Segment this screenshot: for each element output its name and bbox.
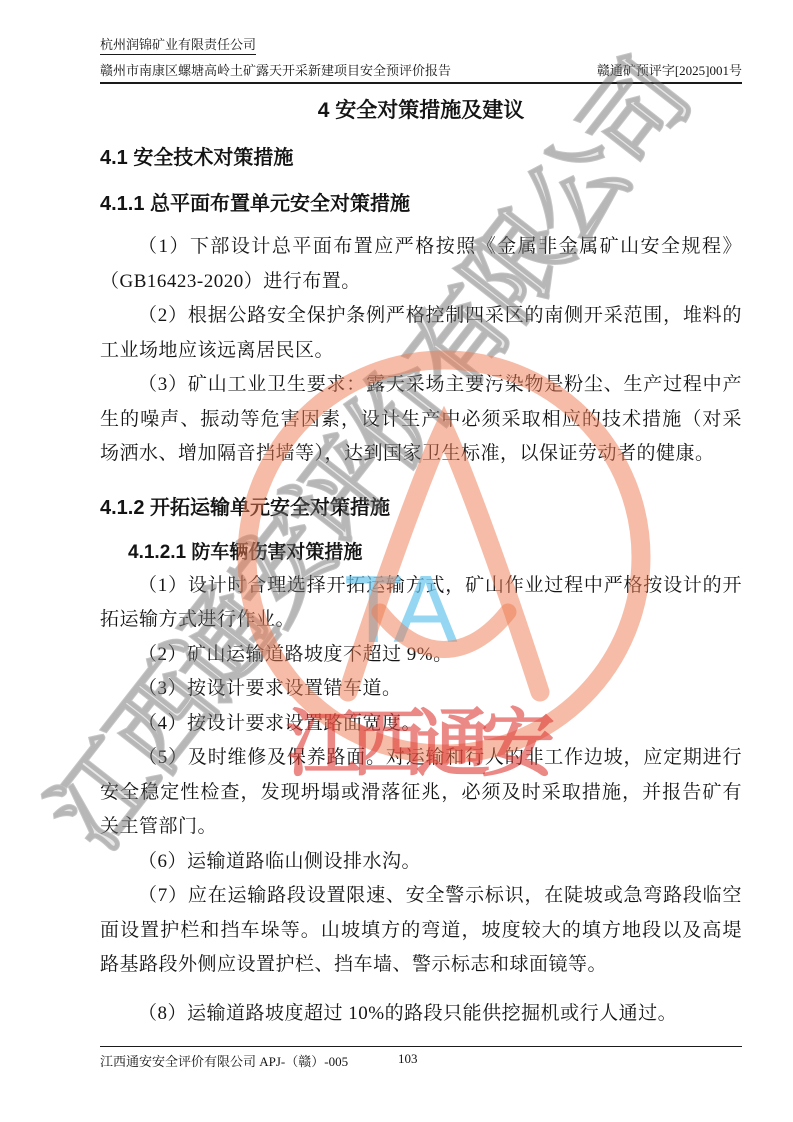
header-company: 杭州润锦矿业有限责任公司 [100, 34, 256, 55]
page-header: 杭州润锦矿业有限责任公司 赣州市南康区螺塘高岭土矿露天开采新建项目安全预评价报告… [100, 0, 742, 84]
chapter-title: 4 安全对策措施及建议 [100, 98, 742, 124]
header-doc-number: 赣通矿预评字[2025]001号 [597, 60, 742, 79]
paragraph: （3）按设计要求设置错车道。 [100, 672, 742, 707]
header-line2: 赣州市南康区螺塘高岭土矿露天开采新建项目安全预评价报告 赣通矿预评字[2025]… [100, 60, 742, 79]
paragraph: （5）及时维修及保养路面。对运输和行人的非工作边坡，应定期进行安全稳定性检查，发… [100, 741, 742, 845]
paragraph: （2）根据公路安全保护条例严格控制四采区的南侧开采范围，堆料的工业场地应该远离居… [100, 299, 742, 368]
paragraph: （1）下部设计总平面布置应严格按照《金属非金属矿山安全规程》（GB16423-2… [100, 230, 742, 299]
section-heading-4-1-2-1: 4.1.2.1 防车辆伤害对策措施 [100, 541, 742, 565]
paragraph: （8）运输道路坡度超过 10%的路段只能供挖掘机或行人通过。 [100, 997, 742, 1032]
section-heading-4-1-2: 4.1.2 开拓运输单元安全对策措施 [100, 496, 742, 520]
section-heading-4-1: 4.1 安全技术对策措施 [100, 146, 742, 170]
section-heading-4-1-1: 4.1.1 总平面布置单元安全对策措施 [100, 192, 742, 216]
paragraph: （2）矿山运输道路坡度不超过 9%。 [100, 638, 742, 673]
document-page: 杭州润锦矿业有限责任公司 赣州市南康区螺塘高岭土矿露天开采新建项目安全预评价报告… [0, 0, 793, 1122]
header-report-title: 赣州市南康区螺塘高岭土矿露天开采新建项目安全预评价报告 [100, 60, 451, 79]
paragraph: （6）运输道路临山侧设排水沟。 [100, 845, 742, 880]
paragraph: （4）按设计要求设置路面宽度。 [100, 707, 742, 742]
page-footer: 江西通安安全评价有限公司 APJ-（赣）-005 103 [100, 1046, 742, 1070]
page-number: 103 [398, 1051, 418, 1067]
paragraph: （3）矿山工业卫生要求：露天采场主要污染物是粉尘、生产过程中产生的噪声、振动等危… [100, 368, 742, 472]
paragraph: （7）应在运输路段设置限速、安全警示标识，在陡坡或急弯路段临空面设置护栏和挡车垛… [100, 879, 742, 983]
paragraph: （1）设计时合理选择开拓运输方式，矿山作业过程中严格按设计的开拓运输方式进行作业… [100, 569, 742, 638]
content-column: 杭州润锦矿业有限责任公司 赣州市南康区螺塘高岭土矿露天开采新建项目安全预评价报告… [100, 0, 742, 1031]
footer-company-code: 江西通安安全评价有限公司 APJ-（赣）-005 [100, 1054, 348, 1069]
